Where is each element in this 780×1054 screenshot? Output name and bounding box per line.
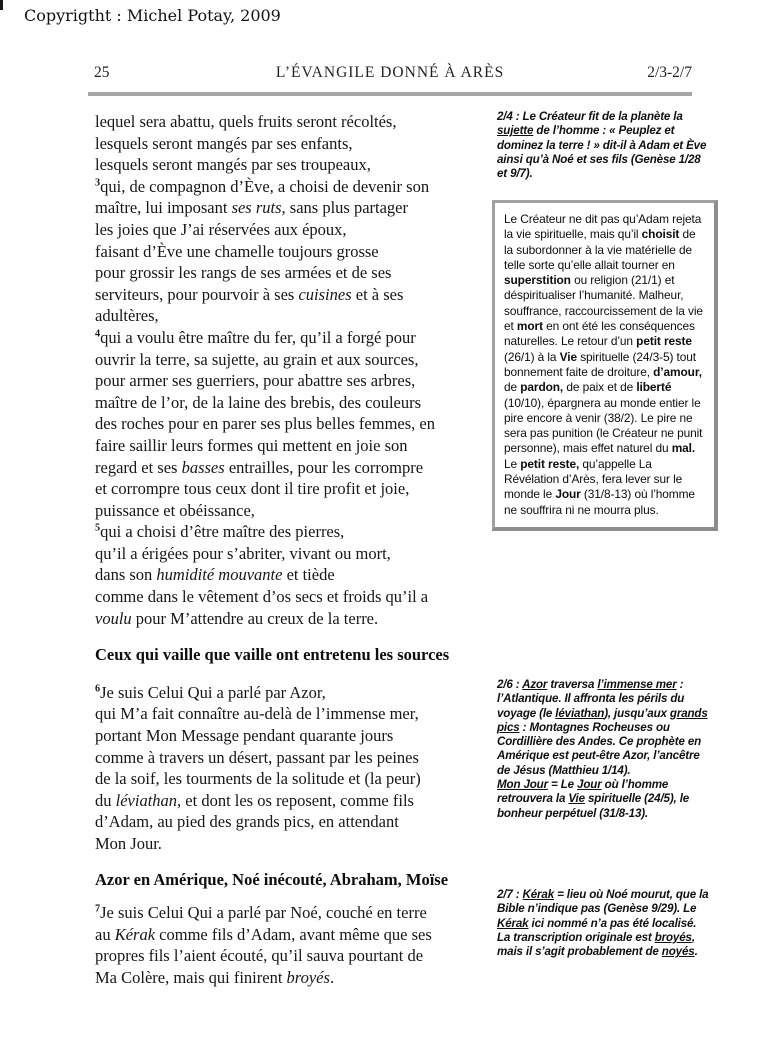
text-line: maître, lui imposant ses ruts, sans plus… xyxy=(95,197,495,219)
text-line: adultères, xyxy=(95,305,495,327)
text-line: propres fils l’aient écouté, qu’il sauva… xyxy=(95,945,495,967)
margin-note-2-4: 2/4 : Le Créateur fit de la planète la s… xyxy=(497,110,712,181)
text-line: dans son humidité mouvante et tiède xyxy=(95,564,495,586)
text-line: Ma Colère, mais qui finirent broyés. xyxy=(95,967,495,989)
text-line: 2/4 : Le Créateur fit de la planète la s… xyxy=(497,110,712,181)
margin-note-2-6: 2/6 : Azor traversa l’immense mer : l’At… xyxy=(497,678,712,821)
text-line: au Kérak comme fils d’Adam, avant même q… xyxy=(95,924,495,946)
text-line: regard et ses basses entrailles, pour le… xyxy=(95,457,495,479)
text-line: des roches pour en parer ses plus belles… xyxy=(95,413,495,435)
text-line: 2/7 : Kérak = lieu où Noé mourut, que la… xyxy=(497,888,712,931)
page-header: 25 L’ÉVANGILE DONNÉ À ARÈS 2/3-2/7 xyxy=(88,64,692,86)
text-line: pour armer ses guerriers, pour abattre s… xyxy=(95,370,495,392)
text-line: serviteurs, pour pourvoir à ses cuisines… xyxy=(95,284,495,306)
verse-range-label: 2/3-2/7 xyxy=(647,64,692,82)
text-line: 6Je suis Celui Qui a parlé par Azor, xyxy=(95,682,495,704)
copyright-line: Copyrigtht : Michel Potay, 2009 xyxy=(24,6,281,25)
text-line: 2/6 : Azor traversa l’immense mer : l’At… xyxy=(497,678,712,778)
text-line: 3qui, de compagnon d’Ève, a choisi de de… xyxy=(95,176,495,198)
text-line: les joies que J’ai réservées aux époux, xyxy=(95,219,495,241)
section-heading-azor: Azor en Amérique, Noé inécouté, Abraham,… xyxy=(95,869,495,891)
verse-block-2-3-to-2-5: lequel sera abattu, quels fruits seront … xyxy=(95,111,495,629)
verse-block-2-7: 7Je suis Celui Qui a parlé par Noé, couc… xyxy=(95,902,495,988)
verse-block-2-6: 6Je suis Celui Qui a parlé par Azor,qui … xyxy=(95,682,495,855)
text-line: 5qui a choisi d’être maître des pierres, xyxy=(95,521,495,543)
header-rule xyxy=(88,92,692,96)
text-line: comme à travers un désert, passant par l… xyxy=(95,747,495,769)
text-line: faire saillir leurs formes qui mettent e… xyxy=(95,435,495,457)
text-line: du léviathan, et dont les os reposent, c… xyxy=(95,790,495,812)
text-line: voulu pour M’attendre au creux de la ter… xyxy=(95,608,495,630)
section-heading-sources: Ceux qui vaille que vaille ont entretenu… xyxy=(95,644,495,666)
text-line: puissance et obéissance, xyxy=(95,500,495,522)
text-line: Mon Jour = Le Jour où l’homme retrouvera… xyxy=(497,778,712,821)
text-line: pour grossir les rangs de ses armées et … xyxy=(95,262,495,284)
text-line: Mon Jour. xyxy=(95,833,495,855)
text-line: faisant d’Ève une chamelle toujours gros… xyxy=(95,241,495,263)
text-line: lesquels seront mangés par ses enfants, xyxy=(95,133,495,155)
page-title: L’ÉVANGILE DONNÉ À ARÈS xyxy=(88,64,692,82)
text-line: La transcription originale est broyés, m… xyxy=(497,931,712,960)
margin-note-2-7: 2/7 : Kérak = lieu où Noé mourut, que la… xyxy=(497,888,712,959)
text-line: portant Mon Message pendant quarante jou… xyxy=(95,725,495,747)
text-line: de la soif, les tourments de la solitude… xyxy=(95,768,495,790)
commentary-box: Le Créateur ne dit pas qu’Adam rejeta la… xyxy=(492,200,718,531)
text-line: qu’il a érigées pour s’abriter, vivant o… xyxy=(95,543,495,565)
text-line: 7Je suis Celui Qui a parlé par Noé, couc… xyxy=(95,902,495,924)
main-text-column: lequel sera abattu, quels fruits seront … xyxy=(95,111,495,989)
text-line: lequel sera abattu, quels fruits seront … xyxy=(95,111,495,133)
text-line: d’Adam, au pied des grands pics, en atte… xyxy=(95,811,495,833)
text-line: lesquels seront mangés par ses troupeaux… xyxy=(95,154,495,176)
text-line: ouvrir la terre, sa sujette, au grain et… xyxy=(95,349,495,371)
text-line: qui M’a fait connaître au-delà de l’imme… xyxy=(95,703,495,725)
text-line: et corrompre tous ceux dont il tire prof… xyxy=(95,478,495,500)
text-line: 4qui a voulu être maître du fer, qu’il a… xyxy=(95,327,495,349)
text-line: Le Créateur ne dit pas qu’Adam rejeta la… xyxy=(504,212,707,518)
scan-artifact xyxy=(0,0,3,10)
text-line: comme dans le vêtement d’os secs et froi… xyxy=(95,586,495,608)
text-line: maître de l’or, de la laine des brebis, … xyxy=(95,392,495,414)
